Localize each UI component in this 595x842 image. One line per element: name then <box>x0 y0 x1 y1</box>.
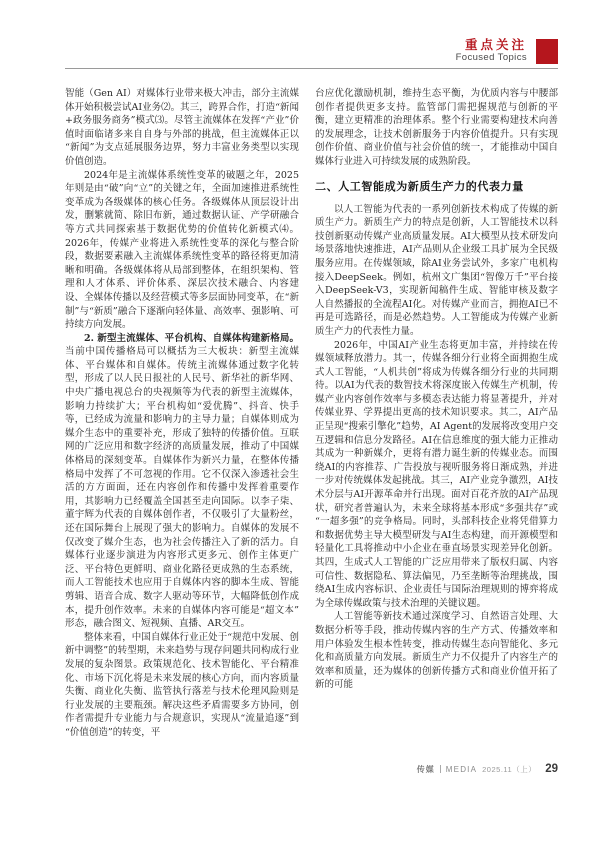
paragraph-text: 2026年，中国AI产业生态将更加丰富，并持续在传媒领域释放潜力。其一，传媒各细… <box>315 340 558 609</box>
paragraph-lead: 2. 新型主流媒体、平台机构、自媒体构建新格局。 <box>84 333 299 344</box>
left-column: 智能（Gen AI）对媒体行业带来极大冲击，部分主流媒体开始积极尝试AI业务⑵。… <box>65 87 299 740</box>
section-heading: 二、人工智能成为新质生产力的代表力量 <box>315 179 558 194</box>
column-title-english: Focused Topics <box>456 52 527 64</box>
page-number: 29 <box>545 763 558 775</box>
paragraph: 以人工智能为代表的一系列创新技术构成了传媒的新质生产力。新质生产力的特点是创新，… <box>315 203 558 339</box>
header-titles: 重点关注 Focused Topics <box>456 38 527 64</box>
column-title-chinese: 重点关注 <box>456 38 527 52</box>
right-column: 台应优化激励机制，维持生态平衡，为优质内容与中腰部创作者提供更多支持。监管部门需… <box>315 87 558 740</box>
paragraph-text: 整体来看，中国自媒体行业正处于“规范中发展、创新中调整”的转型期，未来趋势与现存… <box>65 632 299 738</box>
paragraph: 2024年是主流媒体系统性变革的破题之年，2025年则是由“破”向“立”的关键之… <box>65 169 299 332</box>
paragraph: 人工智能等新技术通过深度学习、自然语言处理、大数据分析等手段，推动传媒内容的生产… <box>315 610 558 692</box>
issue-label: 2025.11（上） <box>482 764 536 775</box>
paragraph: 智能（Gen AI）对媒体行业带来极大冲击，部分主流媒体开始积极尝试AI业务⑵。… <box>65 87 299 169</box>
paragraph: 台应优化激励机制，维持生态平衡，为优质内容与中腰部创作者提供更多支持。监管部门需… <box>315 87 558 169</box>
paragraph-text: 以人工智能为代表的一系列创新技术构成了传媒的新质生产力。新质生产力的特点是创新，… <box>315 204 558 337</box>
journal-page: 重点关注 Focused Topics 智能（Gen AI）对媒体行业带来极大冲… <box>0 0 595 842</box>
footer-divider <box>440 765 441 773</box>
paragraph: 2. 新型主流媒体、平台机构、自媒体构建新格局。当前中国传播格局可以概括为三大板… <box>65 332 299 631</box>
journal-name-chinese: 传媒 <box>417 764 435 775</box>
page-header: 重点关注 Focused Topics <box>65 38 558 64</box>
journal-name-english: MEDIA <box>446 765 477 774</box>
paragraph-text: 人工智能等新技术通过深度学习、自然语言处理、大数据分析等手段，推动传媒内容的生产… <box>315 611 558 690</box>
paragraph: 2026年，中国AI产业生态将更加丰富，并持续在传媒领域释放潜力。其一，传媒各细… <box>315 339 558 611</box>
header-divider-line <box>65 68 558 69</box>
article-body: 智能（Gen AI）对媒体行业带来极大冲击，部分主流媒体开始积极尝试AI业务⑵。… <box>65 87 558 740</box>
red-accent-block <box>536 39 558 64</box>
paragraph-text: 台应优化激励机制，维持生态平衡，为优质内容与中腰部创作者提供更多支持。监管部门需… <box>315 88 558 167</box>
paragraph-text: 当前中国传播格局可以概括为三大板块：新型主流媒体、平台媒体和自媒体。传统主流媒体… <box>65 346 299 629</box>
paragraph-text: 2024年是主流媒体系统性变革的破题之年，2025年则是由“破”向“立”的关键之… <box>65 170 299 331</box>
paragraph-text: 智能（Gen AI）对媒体行业带来极大冲击，部分主流媒体开始积极尝试AI业务⑵。… <box>65 88 299 167</box>
page-footer: 传媒 MEDIA 2025.11（上） 29 <box>65 763 558 775</box>
paragraph: 整体来看，中国自媒体行业正处于“规范中发展、创新中调整”的转型期，未来趋势与现存… <box>65 631 299 740</box>
